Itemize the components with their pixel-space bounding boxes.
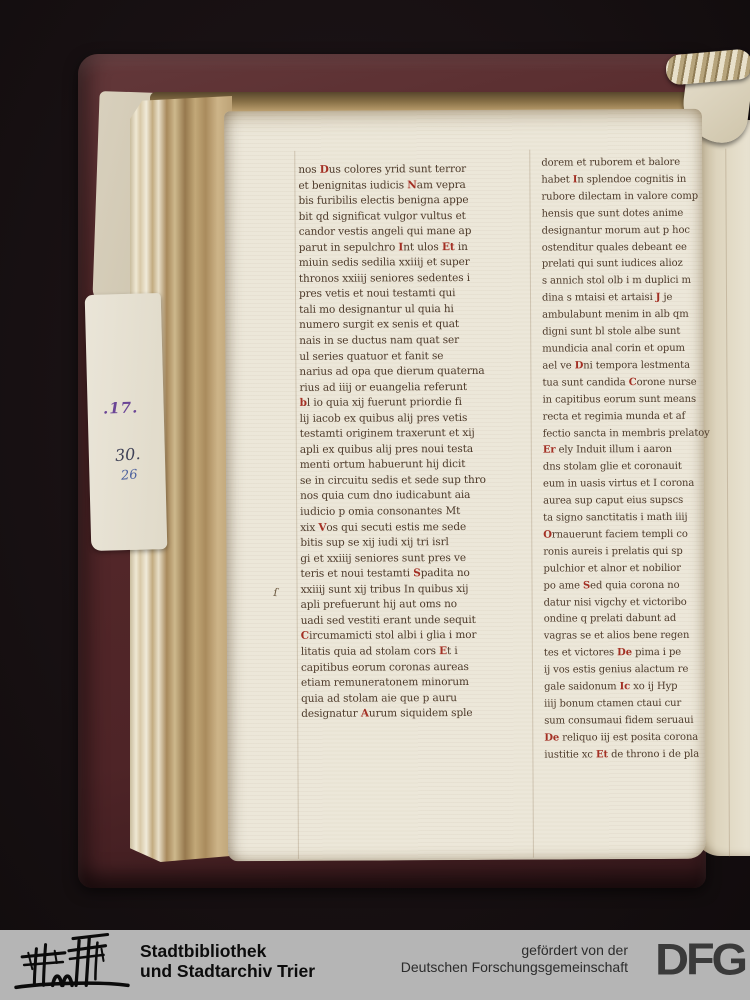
manuscript-text-line: lij iacob ex quibus alij pres vetis [300, 410, 526, 427]
manuscript-text-line: testamti originem traxerunt et xij [300, 426, 526, 443]
manuscript-text-line: ondine q prelati dabunt ad [544, 611, 730, 629]
manuscript-text-line: quia ad stolam aie que p auru [301, 690, 527, 707]
manuscript-text-line: digni sunt bl stole albe sunt [542, 324, 728, 342]
manuscript-text-line: mundicia anal corin et opum [542, 341, 728, 359]
manuscript-text-line: nais in se ductus nam quat ser [299, 333, 525, 350]
manuscript-text-line: eum in uasis virtus et I corona [543, 476, 729, 494]
manuscript-text-line: capitibus eorum coronas aureas [301, 659, 527, 676]
manuscript-text-line: dina s mtaisi et artaisi J je [542, 290, 728, 308]
manuscript-text-line: bis furibilis electis benigna appe [298, 193, 524, 210]
manuscript-text-line: hensis que sunt dotes anime [542, 205, 728, 223]
manuscript-text-line: parut in sepulchro Int ulos Et in [299, 239, 525, 256]
manuscript-text-line: designantur morum aut p hoc [542, 222, 728, 240]
porta-nigra-sketch-icon [12, 932, 132, 996]
manuscript-scan: nos Dus colores yrid sunt terroret benig… [0, 0, 750, 1000]
manuscript-text-line: ambulabunt menim in alb qm [542, 307, 728, 325]
manuscript-text-line: rubore dilectam in valore comp [541, 188, 727, 206]
manuscript-text-line: aurea sup caput eius supscs [543, 493, 729, 511]
manuscript-text-line: ul series quatuor et fanit se [299, 348, 525, 365]
manuscript-text-line: rius ad iiij or euangelia referunt [299, 379, 525, 396]
manuscript-text-line: teris et noui testamti Spadita no [300, 566, 526, 583]
manuscript-text-line: numero surgit ex senis et quat [299, 317, 525, 334]
margin-annotation: 30. [114, 444, 141, 465]
funding-credit: gefördert von der Deutschen Forschungsge… [401, 942, 628, 976]
manuscript-text-line: ij vos estis genius alactum re [544, 662, 730, 680]
margin-annotation: 26 [120, 467, 138, 483]
manuscript-text-line: ta signo sanctitatis i math iiij [543, 510, 729, 528]
library-name: Stadtbibliothek und Stadtarchiv Trier [140, 941, 315, 981]
funding-line2: Deutschen Forschungsgemeinschaft [401, 959, 628, 976]
manuscript-text-line: tali mo designantur ul quia hi [299, 302, 525, 319]
manuscript-text-line: De reliquo iij est posita corona [544, 729, 730, 747]
manuscript-text-line: iustitie xc Et de throno i de pla [544, 746, 730, 764]
manuscript-text-line: prelati qui sunt iudices alioz [542, 256, 728, 274]
manuscript-text-line: tes et victores De pima i pe [544, 645, 730, 663]
manuscript-text-line: ronis aureis i prelatis qui sp [543, 543, 729, 561]
manuscript-text-line: etiam remuneratonem minorum [301, 675, 527, 692]
manuscript-page: nos Dus colores yrid sunt terroret benig… [224, 109, 706, 861]
manuscript-text-line: dns stolam glie et coronauit [543, 459, 729, 477]
manuscript-text-line: vagras se et alios bene regen [544, 628, 730, 646]
manuscript-text-line: litatis quia ad stolam cors Et i [301, 644, 527, 661]
manuscript-text-line: habet In splendoe cognitis in [541, 172, 727, 190]
manuscript-text-line: apli ex quibus alij pres noui testa [300, 442, 526, 459]
manuscript-text-line: candor vestis angeli qui mane ap [299, 224, 525, 241]
manuscript-text-line: dorem et ruborem et balore [541, 155, 727, 173]
manuscript-text-line: narius ad opa que dierum quaterna [299, 364, 525, 381]
paper-slip-with-shelfmarks [85, 293, 168, 551]
manuscript-text-line: designatur Aurum siquidem sple [301, 706, 527, 723]
manuscript-text-line: se in circuitu sedis et sede sup thro [300, 473, 526, 490]
library-name-line1: Stadtbibliothek [140, 941, 315, 961]
manuscript-text-line: ael ve Dni tempora lestmenta [542, 357, 728, 375]
margin-correction-mark: ſ [272, 586, 279, 600]
manuscript-text-line: bl io quia xij fuerunt priordie fi [300, 395, 526, 412]
funding-line1: gefördert von der [401, 942, 628, 959]
manuscript-text-line: thronos xxiiij seniores sedentes i [299, 271, 525, 288]
manuscript-text-line: bitis sup se xij iudi xij tri isrl [300, 535, 526, 552]
manuscript-text-line: xix Vos qui secuti estis me sede [300, 519, 526, 536]
manuscript-text-line: nos Dus colores yrid sunt terror [298, 162, 524, 179]
manuscript-text-line: ostenditur quales debeant ee [542, 239, 728, 257]
right-text-column: dorem et ruborem et balorehabet In splen… [541, 155, 730, 766]
ruling-line [529, 150, 534, 858]
manuscript-text-line: Circumamicti stol albi i glia i mor [301, 628, 527, 645]
manuscript-text-line: pres vetis et noui testamti qui [299, 286, 525, 303]
dfg-logo: DFG [655, 933, 745, 985]
manuscript-text-line: datur nisi vigchy et victoribo [544, 594, 730, 612]
manuscript-text-line: iudicio p omia consonantes Mt [300, 504, 526, 521]
manuscript-text-line: fectio sancta in membris prelatoy [543, 425, 729, 443]
manuscript-text-line: nos quia cum dno iudicabunt aia [300, 488, 526, 505]
manuscript-text-line: uadi sed vestiti erant unde sequit [301, 613, 527, 630]
manuscript-text-line: recta et regimia munda et af [543, 408, 729, 426]
footer-bar: Stadtbibliothek und Stadtarchiv Trier ge… [0, 930, 750, 1000]
manuscript-text-line: bit qd significat vulgor vultus et [299, 208, 525, 225]
manuscript-text-line: menti ortum habuerunt hij dicit [300, 457, 526, 474]
manuscript-text-line: apli prefuerunt hij aut oms no [301, 597, 527, 614]
manuscript-text-line: iiij bonum ctamen ctaui cur [544, 696, 730, 714]
manuscript-text-line: s annich stol olb i m duplici m [542, 273, 728, 291]
manuscript-text-line: po ame Sed quia corona no [543, 577, 729, 595]
manuscript-text-line: Er ely Induit illum i aaron [543, 442, 729, 460]
manuscript-text-line: miuin sedis sedilia xxiiij et super [299, 255, 525, 272]
manuscript-text-line: gale saidonum Ic xo ij Hyp [544, 679, 730, 697]
manuscript-text-line: in capitibus eorum sunt means [543, 391, 729, 409]
manuscript-text-line: et benignitas iudicis Nam vepra [298, 177, 524, 194]
library-name-line2: und Stadtarchiv Trier [140, 961, 315, 981]
margin-annotation: .17. [103, 398, 139, 417]
manuscript-text-line: sum consumaui fidem seruaui [544, 713, 730, 731]
manuscript-text-line: pulchior et alnor et nobilior [543, 560, 729, 578]
manuscript-text-line: tua sunt candida Corone nurse [542, 374, 728, 392]
manuscript-text-line: Ornauerunt faciem templi co [543, 527, 729, 545]
manuscript-text-line: gi et xxiiij seniores sunt pres ve [300, 550, 526, 567]
manuscript-text-line: xxiiij sunt xij tribus In quibus xij [301, 581, 527, 598]
left-text-column: nos Dus colores yrid sunt terroret benig… [298, 162, 527, 725]
